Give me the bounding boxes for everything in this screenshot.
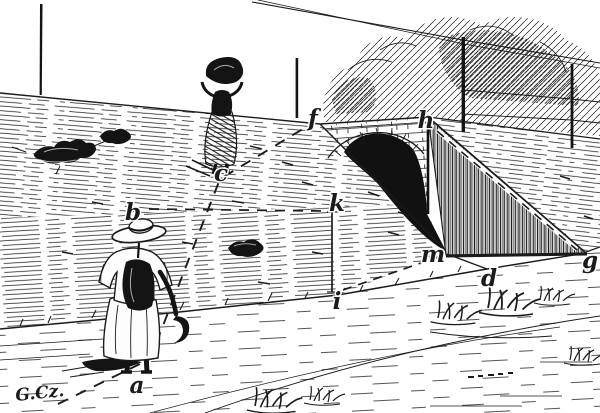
engraving-figure: a b c d f g h i k m G.Cz. (0, 0, 600, 413)
point-label-d: d (481, 265, 497, 292)
fence-post (296, 58, 299, 118)
point-label-a: a (130, 372, 145, 399)
point-label-h: h (418, 107, 435, 134)
girl-back-bag (122, 259, 154, 310)
point-label-i: i (333, 288, 342, 315)
point-label-c: c (214, 160, 228, 187)
woman-skirt (205, 110, 237, 168)
fence-post (462, 37, 465, 132)
fence-post (571, 64, 574, 148)
point-label-g: g (582, 247, 598, 274)
point-label-m: m (421, 241, 445, 268)
point-label-b: b (125, 199, 141, 226)
girl-braid (138, 243, 139, 258)
woman-bodice (211, 90, 232, 117)
point-label-k: k (329, 190, 345, 217)
engraving-canvas: a b c d f g h i k m G.Cz. (0, 0, 600, 413)
